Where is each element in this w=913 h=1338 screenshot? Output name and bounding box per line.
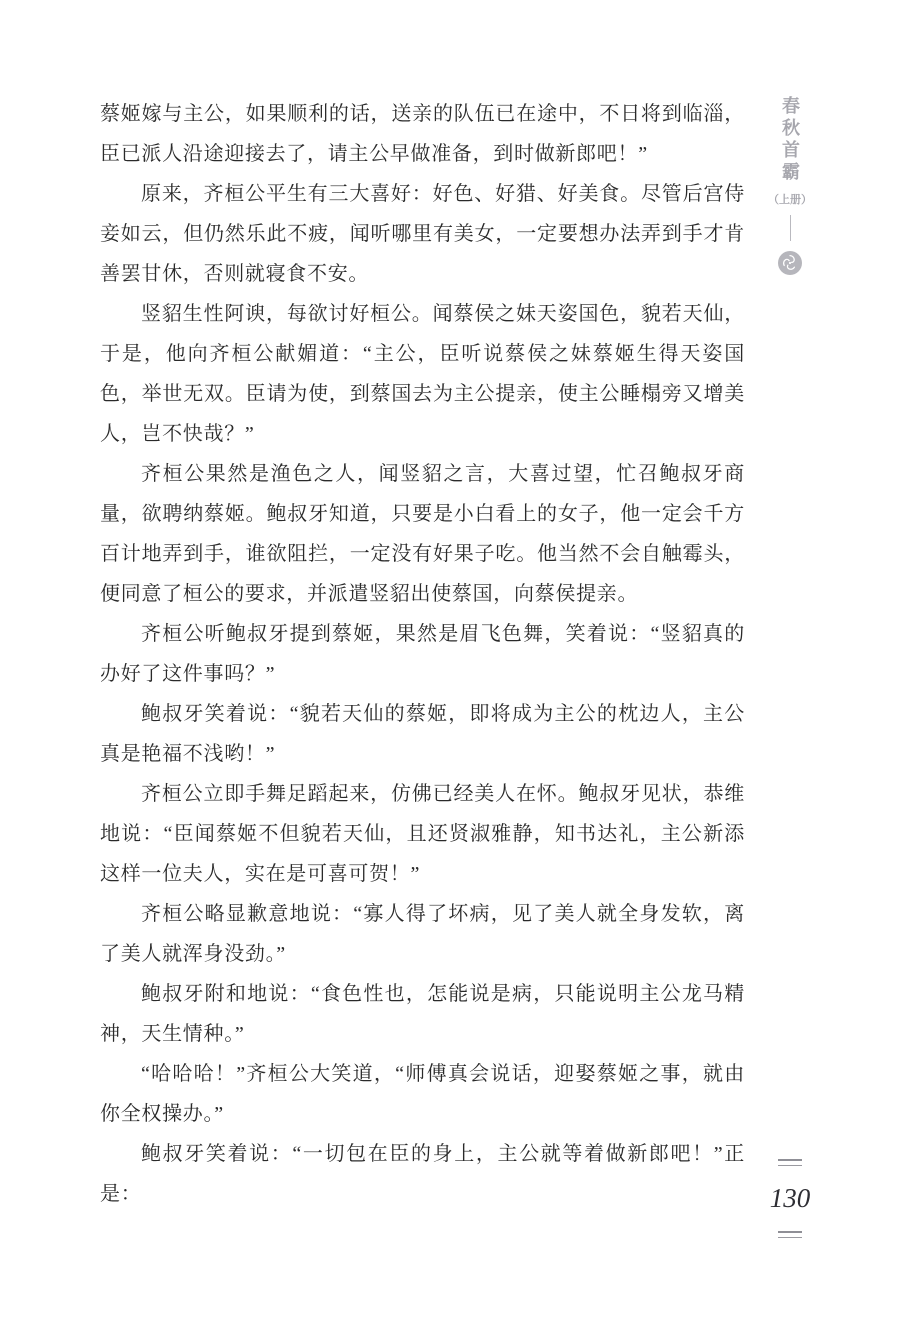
body-text: 蔡姬嫁与主公，如果顺利的话，送亲的队伍已在途中，不日将到临淄，臣已派人沿途迎接去…	[100, 94, 745, 1214]
paragraph: 鲍叔牙附和地说：“食色性也，怎能说是病，只能说明主公龙马精神，天生情种。”	[100, 974, 745, 1054]
book-title-vertical: 春秋首霸	[777, 96, 803, 184]
margin-sidebar: 春秋首霸 （上册）	[768, 96, 812, 276]
paragraph: 齐桓公略显歉意地说：“寡人得了坏病，见了美人就全身发软，离了美人就浑身没劲。”	[100, 894, 745, 974]
volume-label: （上册）	[768, 191, 812, 207]
paragraph: 齐桓公立即手舞足蹈起来，仿佛已经美人在怀。鲍叔牙见状，恭维地说：“臣闻蔡姬不但貌…	[100, 774, 745, 894]
book-page: 蔡姬嫁与主公，如果顺利的话，送亲的队伍已在途中，不日将到临淄，臣已派人沿途迎接去…	[0, 0, 913, 1338]
decorative-double-line-bottom	[778, 1231, 802, 1238]
page-number-block: 130	[764, 1159, 816, 1238]
paragraph: 齐桓公果然是渔色之人，闻竖貂之言，大喜过望，忙召鲍叔牙商量，欲聘纳蔡姬。鲍叔牙知…	[100, 454, 745, 614]
paragraph: 竖貂生性阿谀，每欲讨好桓公。闻蔡侯之妹天姿国色，貌若天仙，于是，他向齐桓公献媚道…	[100, 294, 745, 454]
decorative-double-line-top	[778, 1159, 802, 1166]
page-number: 130	[770, 1185, 811, 1212]
paragraph: 原来，齐桓公平生有三大喜好：好色、好猎、好美食。尽管后宫侍妾如云，但仍然乐此不疲…	[100, 174, 745, 294]
paragraph: “哈哈哈！”齐桓公大笑道，“师傅真会说话，迎娶蔡姬之事，就由你全权操办。”	[100, 1054, 745, 1134]
paragraph: 齐桓公听鲍叔牙提到蔡姬，果然是眉飞色舞，笑着说：“竖貂真的办好了这件事吗？”	[100, 614, 745, 694]
paragraph: 蔡姬嫁与主公，如果顺利的话，送亲的队伍已在途中，不日将到临淄，臣已派人沿途迎接去…	[100, 94, 745, 174]
seal-icon	[777, 250, 803, 276]
paragraph: 鲍叔牙笑着说：“一切包在臣的身上，主公就等着做新郎吧！”正是：	[100, 1134, 745, 1214]
paragraph: 鲍叔牙笑着说：“貌若天仙的蔡姬，即将成为主公的枕边人，主公真是艳福不浅哟！”	[100, 694, 745, 774]
divider-line	[790, 215, 791, 241]
